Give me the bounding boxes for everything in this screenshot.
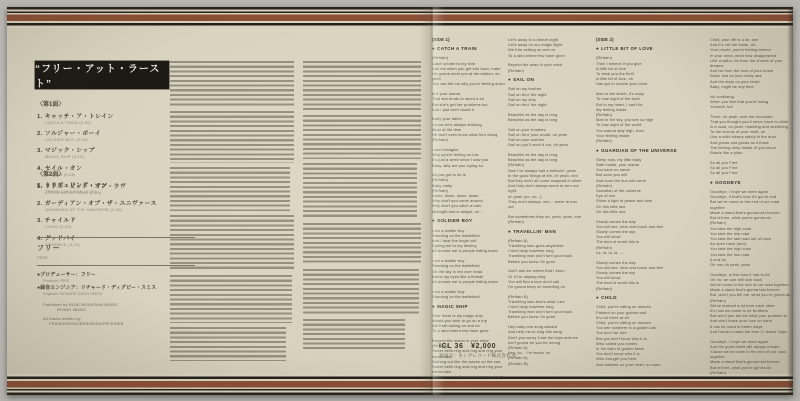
lyric-line: Sail on you'll work it out, oh yeah: [508, 142, 582, 147]
song-title: ●LITTLE BIT OF LOVE: [596, 46, 686, 51]
lyric-line: Before you know I'm gone: [508, 259, 582, 264]
producer-credit: ●プロデューサー：フリー Producer FREE: [37, 271, 96, 283]
bullet-icon: ●: [508, 229, 511, 234]
song-title-text: TRAVELLIN' MAN: [513, 229, 556, 234]
song-title: ●TRAVELLIN' MAN: [508, 229, 582, 234]
lyric-stanza: Beautiful as the day is longBeautiful as…: [508, 152, 582, 209]
song-title-text: GOODBYE: [715, 180, 741, 185]
engineer-credit-jp: ●録音エンジニア：リチャード・ディグビー・スミス: [37, 284, 156, 291]
lyric-line: (Refrain): [596, 286, 686, 291]
bullet-icon: ●: [596, 46, 599, 51]
lyric-stanza: Hey baby one song aboardAnd help me to s…: [508, 324, 582, 366]
liner-notes-paragraph: [303, 115, 421, 159]
song-title: ●GUARDIAN OF THE UNIVERSE: [596, 148, 686, 153]
lyric-line: Before you know I'm gone: [508, 314, 582, 319]
lyric-line: Sail on thru' the night: [508, 102, 582, 107]
lyric-line: But, won't you tell me, what you're gonn…: [710, 292, 794, 297]
artist-block: フリー FREE: [37, 243, 61, 260]
lyric-line: They don't always, mm... seem to turn ou…: [508, 199, 582, 209]
lyric-stanza: Let's away to a dream nightLet's away on…: [508, 37, 582, 58]
lyric-line: And claimed on your heart, so soon: [596, 362, 686, 367]
lyric-line: (Refrain): [508, 219, 582, 224]
lyric-line: Like a sailor, far from the shores of yo…: [710, 58, 794, 68]
song-title: ●GOODBYE: [710, 180, 794, 185]
lyric-stanza: (Refrain)Then I believe if you giveA lit…: [596, 55, 686, 86]
lyric-line: I'm gonna keep on travelling on: [508, 284, 582, 289]
liner-notes-paragraph: [170, 327, 286, 361]
lyric-line: Oh mm oh yeah, yeah: [710, 262, 794, 267]
lyric-line: Has got to soothe your mind: [596, 81, 686, 86]
lyric-stanza: But sometimes they do, yeah, yeah, mm(Re…: [508, 214, 582, 224]
lyric-stanza: Goodbye, I hope we meet againGoodbye, if…: [710, 189, 794, 267]
bullet-icon: ●: [710, 180, 713, 185]
liner-notes-paragraph: [303, 269, 419, 315]
publishing-credit: Published by BLUE MOUNTAIN MUSIC IRVING …: [43, 302, 118, 312]
lyric-stanza: (Refrain B)Travelling man that's what I …: [508, 294, 582, 320]
engineer-credit: ●録音エンジニア：リチャード・ディグビー・スミス Engineer RICHAR…: [37, 284, 156, 296]
lyric-stanza: Beautiful as the day is longBeautiful as…: [508, 112, 582, 122]
lyric-line: Baby, might be any time: [710, 84, 794, 89]
writing-credit: All tracks written by FRASER/RODGERS/KOS…: [43, 316, 124, 326]
liner-notes-paragraph: [303, 61, 421, 111]
lyric-line: On this little one: [596, 209, 686, 214]
lyrics-column-2: Let's away to a dream nightLet's away on…: [508, 37, 582, 370]
lyric-line: Beautiful as the day is long: [508, 117, 582, 122]
center-fold-crease: [419, 7, 445, 395]
lyric-line: (Refrain): [596, 138, 686, 143]
liner-notes-paragraph: [303, 223, 421, 265]
album-title-box: “フリー・アット・ラースト”: [35, 61, 169, 89]
engineer-credit-en: Engineer RICHARD DIGBY SMITH: [43, 292, 156, 296]
catalog-block: ICL 36 ¥2,000 発売元：キングレコード株式会社 ©: [439, 341, 516, 359]
liner-notes-column-1: [170, 61, 294, 365]
lyric-stanza: Child, you're sitting on heavenPainted o…: [596, 304, 686, 366]
liner-notes-paragraph: [170, 111, 294, 163]
lyric-stanza: Slowly comes the dayYou will see, hear a…: [596, 260, 686, 291]
writing-line-2: FRASER/RODGERS/KOSSOFF/KIRKE: [49, 321, 124, 326]
song-title: ●SAIL ON: [508, 77, 582, 82]
sleeve-right-edge-shadow: [787, 7, 793, 395]
lyric-line: But we've come to the end of our road to…: [710, 199, 794, 209]
lyric-line: Don't you worry 'bout the boys and me: [508, 335, 582, 340]
lyric-stanza: Beyond the seas in your mind(Refrain): [508, 62, 582, 72]
lyric-line: Yourself, but: [710, 104, 794, 109]
lyric-stanza: Sail on your troublesSail on thru' your …: [508, 127, 582, 148]
side-label: (SIDE 2): [596, 37, 686, 42]
song-title-text: GUARDIAN OF THE UNIVERSE: [601, 148, 677, 153]
bullet-icon: ●: [596, 295, 599, 300]
record-company: 発売元：キングレコード株式会社 ©: [439, 353, 516, 359]
lyric-stanza: There, oh yeah, over the mountainThat yo…: [710, 114, 794, 156]
gatefold-sleeve: “フリー・アット・ラースト” 〈第1面〉 1. キャッチ・ア・トレインCATCH…: [7, 7, 793, 395]
lyric-line: 'Cause we've come to the end of our road…: [710, 349, 794, 359]
producer-credit-jp: ●プロデューサー：フリー: [37, 271, 96, 278]
lyric-stanza: Goodbye, I hope we meet againAnd the goo…: [710, 339, 794, 375]
liner-notes-paragraph: [170, 167, 290, 211]
lyric-stanza: Goodbye, is this how it had to beOh no, …: [710, 272, 794, 334]
liner-notes-paragraph: [303, 319, 405, 349]
lyric-stanza: Slowly comes the dayYou will see, hear a…: [596, 219, 686, 255]
lyric-line: Roads like a plain: [710, 150, 794, 155]
lyrics-column-4: Child, your life is a lie, seeAnd it's n…: [710, 37, 794, 379]
lyric-line: (Refrain): [508, 68, 582, 73]
lyric-line: Now I've always had a believin', yeah: [508, 168, 582, 173]
lyric-stanza: Man in the street, it's easyTo lose sigh…: [596, 91, 686, 143]
album-title: “フリー・アット・ラースト”: [35, 60, 169, 90]
liner-notes-paragraph: [170, 275, 292, 323]
lyric-line: Travelling man don't turn your back: [508, 253, 582, 258]
bullet-icon: ●: [508, 77, 511, 82]
lyrics-column-3: (SIDE 2)●LITTLE BIT OF LOVE(Refrain)Then…: [596, 37, 686, 371]
artist-name-en: FREE: [37, 255, 61, 260]
lyric-stanza: Child, your life is a lie, seeAnd it's n…: [710, 37, 794, 89]
song-title: ●CHILD: [596, 295, 686, 300]
lyric-stanza: Sleep now, my little babySafe inside, yo…: [596, 157, 686, 214]
lyric-stanza: So all you FreeSo all you FreeSo all you…: [710, 160, 794, 176]
lyric-line: So all you Free: [710, 170, 794, 175]
liner-notes-paragraph: [170, 61, 294, 107]
song-title-text: SAIL ON: [513, 77, 534, 82]
lyric-stanza: No confusingWhen you feel that you're lo…: [710, 94, 794, 110]
publishing-line-2: IRVING MUSIC: [57, 307, 118, 312]
lyric-line: La, la, la, la......: [596, 250, 686, 255]
lyric-stanza: Don't ask me where that I beenOr if I'm …: [508, 268, 582, 289]
catalog-number: ICL 36 ¥2,000: [439, 341, 516, 351]
song-title-text: LITTLE BIT OF LOVE: [601, 46, 653, 51]
lyric-line: To a land where few have gone: [508, 53, 582, 58]
lyric-stanza: Sail on my brotherSail on thru' the nigh…: [508, 86, 582, 107]
bullet-icon: ●: [596, 148, 599, 153]
photo-background: “フリー・アット・ラースト” 〈第1面〉 1. キャッチ・ア・トレインCATCH…: [0, 0, 800, 401]
artist-name-jp: フリー: [37, 243, 61, 253]
lyric-line: And harder comes the time 'n' leavin' da…: [710, 329, 794, 334]
producer-credit-en: Producer FREE: [43, 279, 96, 283]
liner-notes-column-2: [303, 61, 421, 353]
song-title-text: CHILD: [601, 295, 617, 300]
top-stripe-band: [7, 7, 793, 28]
liner-notes-paragraph: [303, 163, 417, 219]
bottom-stripe-band: [7, 374, 793, 395]
lyric-line: (Refrain): [710, 370, 794, 375]
liner-notes-paragraph: [170, 215, 294, 271]
lyric-line: And they don't always seem to turn out r…: [508, 183, 582, 193]
lyric-line: (Refrain B): [508, 361, 582, 366]
lyric-stanza: (Refrain A)Travelling man goes anywhereI…: [508, 238, 582, 264]
